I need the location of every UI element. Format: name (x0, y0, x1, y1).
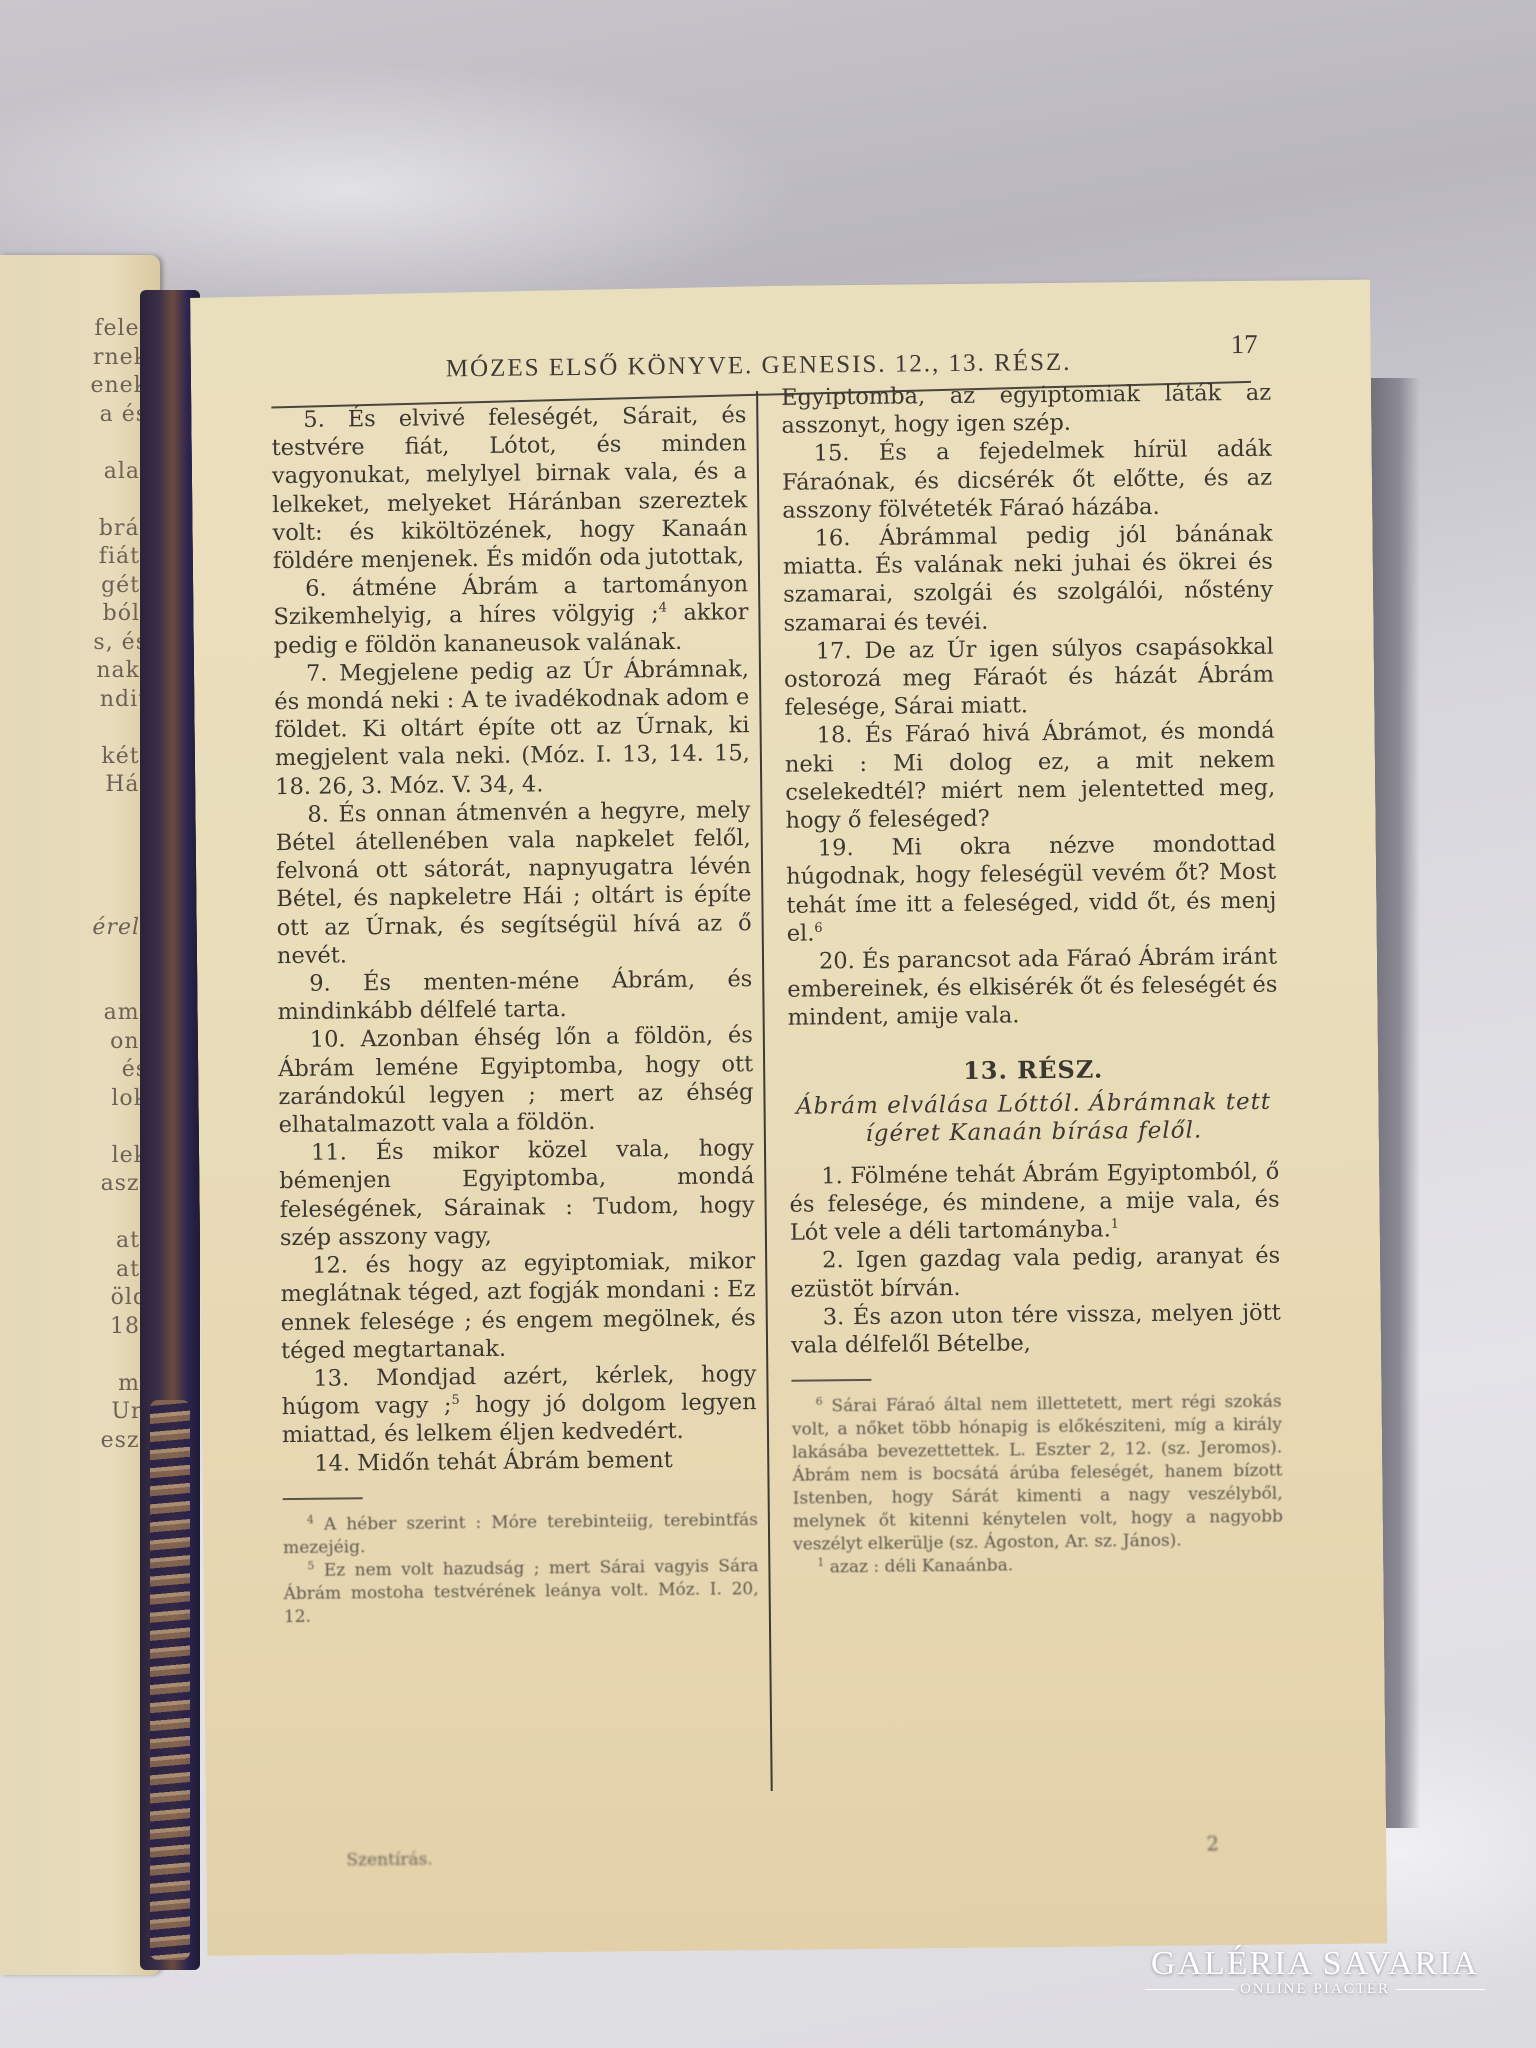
previous-page-fragment: Ur, (28, 1398, 148, 1426)
verse: 12. és hogy az egyiptomiak, mikor meglát… (280, 1247, 756, 1365)
previous-page-fragment: brá- (28, 515, 148, 543)
verse: 6. átméne Ábrám a tartományon Szikemhely… (273, 570, 749, 660)
verse-number: 19. (818, 835, 892, 862)
previous-page-fragment: nak. (28, 657, 148, 685)
watermark-logo: GALÉRIA SAVARIA ONLINE PIACTÉR (1145, 1945, 1485, 1998)
verse-number: 9. (309, 970, 363, 997)
previous-page-fragment: Há- (28, 771, 148, 799)
verse-number: 3. (823, 1304, 853, 1330)
frayed-binding (150, 1400, 190, 1960)
chapter-verses: 1. Fölméne tehát Ábrám Egyiptomból, ő és… (789, 1158, 1281, 1361)
right-footnotes: 6 Sárai Fáraó által nem illettetett, mer… (792, 1391, 1284, 1580)
left-column: 5. És elvivé feleségét, Sárait, és testv… (271, 401, 759, 1629)
previous-page-fragment: gét, (28, 572, 148, 600)
footnote-ref: 4 (659, 601, 667, 616)
running-head: Mózes első könyve. Genesis. 12., 13. rés… (446, 347, 1206, 383)
verse-continuation: Egyiptomba, az egyiptomiak láták az assz… (781, 379, 1272, 441)
footnote: 6 Sárai Fáraó által nem illettetett, mer… (792, 1391, 1284, 1557)
previous-page-fragment: rnek (28, 344, 148, 372)
verse-number: 5. (303, 406, 348, 432)
verse-number: 12. (312, 1252, 366, 1279)
previous-page-fragment: asz- (28, 1170, 148, 1198)
previous-page-fragment: . (28, 1199, 148, 1227)
verse-text: És azon uton tére vissza, melyen jött va… (791, 1300, 1281, 1359)
previous-page-fragment: 18, (28, 1313, 148, 1341)
page-number: 17 (1230, 329, 1257, 360)
verse-text: Megjelene pedig az Úr Ábrámnak, és mondá… (274, 656, 750, 800)
book-page: Mózes első könyve. Genesis. 12., 13. rés… (190, 280, 1387, 1956)
previous-page-fragment: két- (28, 743, 148, 771)
previous-page: fele-rnekeneka ésala,brá-fiát,gét,ból,s,… (0, 255, 160, 1975)
verse: 13. Mondjad azért, kérlek, hogy húgom va… (281, 1360, 757, 1450)
verse: 11. És mikor közel vala, hogy bémenjen E… (279, 1134, 755, 1252)
watermark-rule (1396, 1989, 1485, 1990)
previous-page-fragment: és (28, 1056, 148, 1084)
chapter-heading: 13. RÉSZ. (788, 1053, 1278, 1086)
previous-page-fragment: ndit (28, 686, 148, 714)
previous-page-fragment: öld (28, 1284, 148, 1312)
verse: 20. És parancsot ada Fáraó Ábrám iránt e… (787, 943, 1278, 1033)
signature-mark: Szentírás. (346, 1850, 432, 1871)
verse-number: 18. (817, 722, 865, 749)
footnote: 4 A héber szerint : Móre terebinteiig, t… (283, 1509, 758, 1560)
verse: 8. És onnan átmenvén a hegyre, mely Béte… (275, 796, 752, 970)
verse: 5. És elvivé feleségét, Sárait, és testv… (271, 401, 748, 575)
previous-page-fragment: fele- (28, 315, 148, 343)
footnote-text: Ez nem volt hazudság ; mert Sárai vagyis… (284, 1556, 759, 1627)
verse: 19. Mi okra nézve mondottad húgodnak, ho… (786, 830, 1277, 948)
verse-number: 10. (310, 1027, 361, 1054)
footnote-ref: 1 (1111, 1217, 1119, 1232)
verse-number: 14. (314, 1450, 357, 1476)
footnote-ref: 5 (451, 1393, 459, 1408)
column-divider (756, 391, 773, 1791)
right-column: Egyiptomba, az egyiptomiak láták az assz… (781, 379, 1284, 1580)
previous-page-fragment: lok (28, 1085, 148, 1113)
previous-page-fragment: érel, (28, 914, 148, 942)
previous-page-fragment: enek (28, 372, 148, 400)
previous-page-fragment: at, (28, 1227, 148, 1255)
previous-page-fragment: ból, (28, 600, 148, 628)
verse-text: Fölméne tehát Ábrám Egyiptomból, ő és fe… (789, 1159, 1279, 1247)
verse-text: Midőn tehát Ábrám bement (357, 1447, 673, 1476)
watermark-title: GALÉRIA SAVARIA (1145, 1945, 1485, 1983)
verse-number: 7. (306, 660, 339, 686)
previous-page-fragment: s, és (28, 629, 148, 657)
verse-number: 16. (814, 525, 879, 552)
left-footnotes: 4 A héber szerint : Móre terebinteiig, t… (283, 1509, 759, 1629)
left-verses: 5. És elvivé feleségét, Sárait, és testv… (271, 401, 757, 1478)
verse-number: 2. (822, 1248, 856, 1274)
verse-number: 11. (311, 1139, 376, 1166)
verse: 17. De az Úr igen súlyos csapásokkal ost… (784, 632, 1275, 722)
watermark-rule (1145, 1989, 1234, 1990)
verse-number: 13. (313, 1365, 376, 1392)
previous-page-fragment: fiát, (28, 543, 148, 571)
verse: 18. És Fáraó hivá Ábrámot, és mondá neki… (785, 717, 1276, 835)
footnote: 1 azaz : déli Kanaánba. (793, 1552, 1283, 1580)
footnote: 5 Ez nem volt hazudság ; mert Sárai vagy… (283, 1555, 759, 1629)
watermark-subtitle: ONLINE PIACTÉR (1240, 1981, 1390, 1998)
verse-number: 6. (305, 576, 352, 602)
verse-number: 15. (814, 440, 879, 467)
footnote-text: Sárai Fáraó által nem illettetett, mert … (792, 1392, 1283, 1555)
verse: 2. Igen gazdag vala pedig, aranyat és ez… (790, 1242, 1281, 1304)
verse-text: És onnan átmenvén a hegyre, mely Bétel á… (276, 797, 752, 969)
previous-page-fragment: on- (28, 1028, 148, 1056)
previous-page-fragment: am- (28, 999, 148, 1027)
previous-page-fragment: m, (28, 1370, 148, 1398)
footnote-text: azaz : déli Kanaánba. (824, 1556, 1013, 1578)
previous-page-fragment: ala, (28, 458, 148, 486)
previous-page-fragment: esz- (28, 1427, 148, 1455)
verse: 3. És azon uton tére vissza, melyen jött… (791, 1299, 1282, 1361)
verse: 15. És a fejedelmek hírül adák Fáraónak,… (782, 435, 1273, 525)
previous-page-fragment: a és (28, 401, 148, 429)
verse: 1. Fölméne tehát Ábrám Egyiptomból, ő és… (789, 1158, 1280, 1248)
footnote-rule (791, 1379, 871, 1382)
previous-page-fragment: lek (28, 1142, 148, 1170)
verse-number: 8. (307, 801, 338, 827)
verse-text: Igen gazdag vala pedig, aranyat és ezüst… (790, 1243, 1280, 1302)
watermark-subtitle-row: ONLINE PIACTÉR (1145, 1981, 1485, 1998)
verse: 9. És menten-méne Ábrám, és mindinkább d… (277, 965, 753, 1026)
verse-number: 1. (821, 1163, 850, 1189)
verse-number: 20. (819, 948, 862, 974)
verse: 7. Megjelene pedig az Úr Ábrámnak, és mo… (274, 655, 750, 801)
previous-page-fragment: at, (28, 1256, 148, 1284)
footnote-rule (283, 1497, 363, 1500)
chapter-summary: Ábrám elválása Lóttól. Ábrámnak tett ígé… (788, 1088, 1279, 1149)
sheet-mark: 2 (1206, 1831, 1219, 1855)
verse-number: 17. (816, 638, 865, 665)
right-verses: 15. És a fejedelmek hírül adák Fáraónak,… (782, 435, 1278, 1032)
footnote-ref: 6 (814, 921, 822, 936)
footnote-text: A héber szerint : Móre terebinteiig, ter… (283, 1510, 758, 1558)
verse: 16. Ábrámmal pedig jól bánának miatta. É… (782, 520, 1273, 638)
verse: 14. Midőn tehát Ábrám bement (282, 1445, 757, 1478)
verse: 10. Azonban éhség lőn a földön, és Ábrám… (278, 1022, 754, 1140)
